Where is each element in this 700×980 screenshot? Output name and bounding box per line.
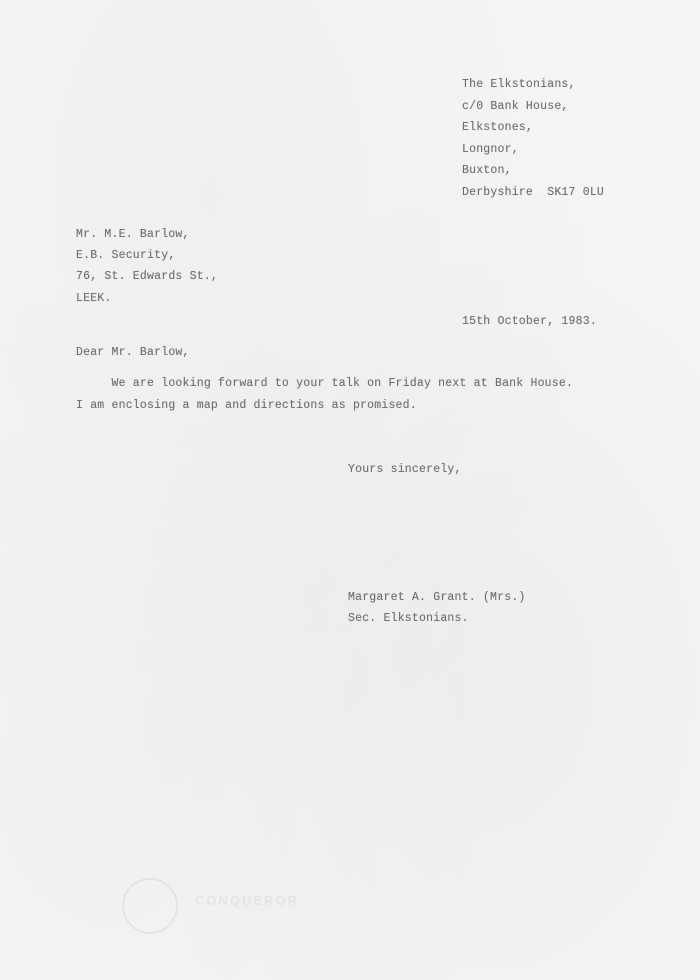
recipient-address-line: E.B. Security, [76, 249, 175, 263]
closing: Yours sincerely, [348, 463, 462, 477]
sender-address-line: Longnor, [462, 143, 519, 157]
signature-name: Margaret A. Grant. (Mrs.) [348, 591, 526, 605]
salutation: Dear Mr. Barlow, [76, 346, 190, 360]
watermark-seal-icon [122, 878, 178, 934]
body-line: We are looking forward to your talk on F… [76, 377, 573, 391]
recipient-address-line: 76, St. Edwards St., [76, 270, 218, 284]
recipient-address-line: Mr. M.E. Barlow, [76, 228, 190, 242]
letter-date: 15th October, 1983. [462, 315, 597, 329]
letter-page: The Elkstonians, c/0 Bank House, Elkston… [0, 0, 700, 980]
sender-address-line: The Elkstonians, [462, 78, 576, 92]
signature-title: Sec. Elkstonians. [348, 612, 469, 626]
sender-address-line: Derbyshire SK17 0LU [462, 186, 604, 200]
sender-address-line: Buxton, [462, 164, 512, 178]
sender-address-line: c/0 Bank House, [462, 100, 569, 114]
watermark-text: CONQUEROR [195, 893, 299, 908]
body-line: I am enclosing a map and directions as p… [76, 399, 417, 413]
recipient-address-line: LEEK. [76, 292, 112, 306]
sender-address-line: Elkstones, [462, 121, 533, 135]
